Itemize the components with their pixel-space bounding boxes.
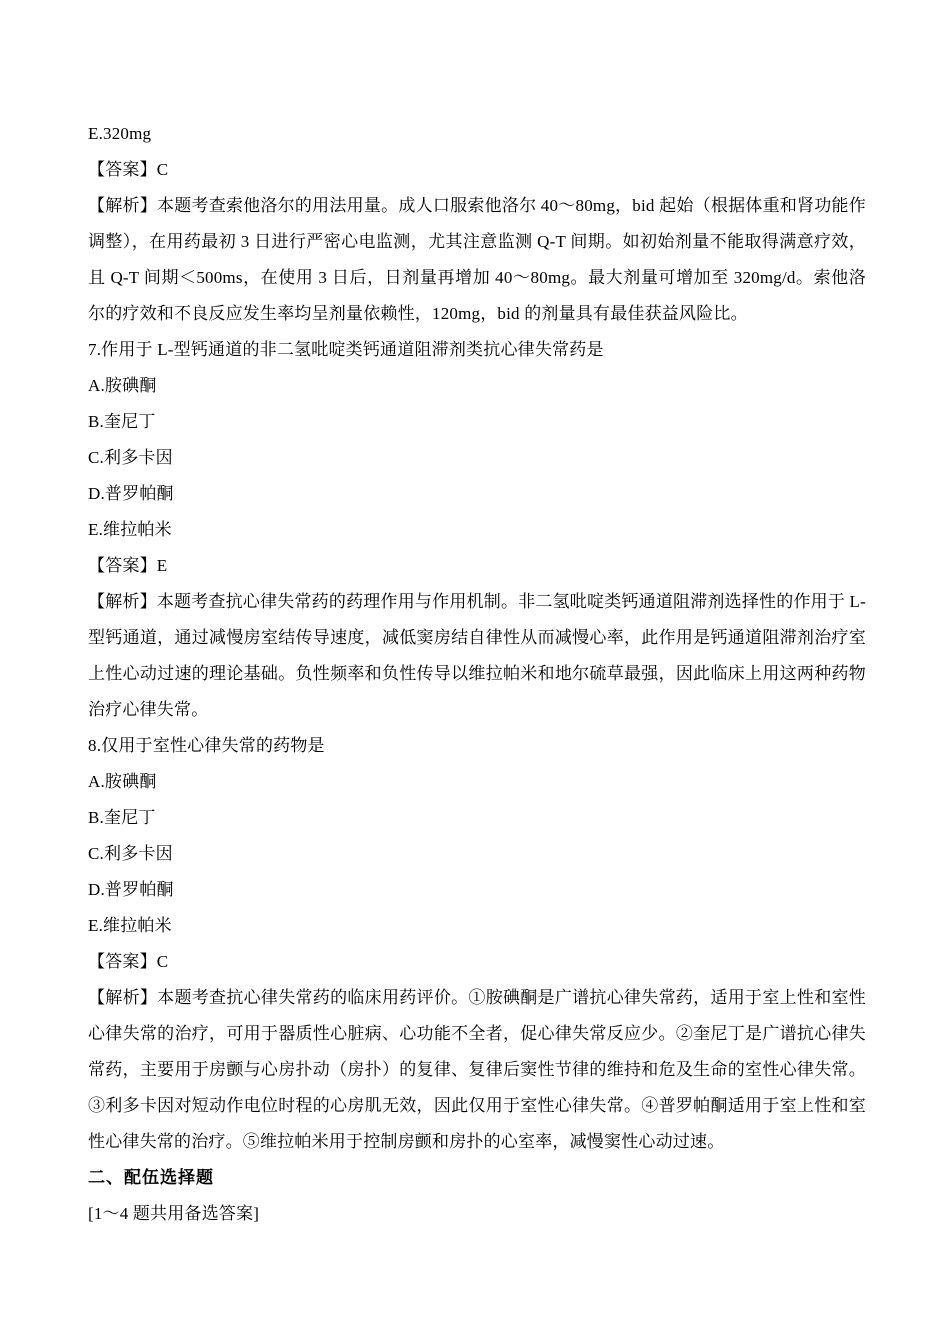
question-8-option-d: D.普罗帕酮: [88, 872, 866, 908]
question-8-option-e: E.维拉帕米: [88, 908, 866, 944]
analysis-q7: 【解析】本题考查抗心律失常药的药理作用与作用机制。非二氢吡啶类钙通道阻滞剂选择性…: [88, 584, 866, 728]
answer-q8: 【答案】C: [88, 944, 866, 980]
option-e-q6: E.320mg: [88, 116, 866, 152]
question-7-stem: 7.作用于 L-型钙通道的非二氢吡啶类钙通道阻滞剂类抗心律失常药是: [88, 332, 866, 368]
document-page: E.320mg【答案】C【解析】本题考查索他洛尔的用法用量。成人口服索他洛尔 4…: [0, 0, 950, 1344]
question-8-option-c: C.利多卡因: [88, 836, 866, 872]
question-8-option-a: A.胺碘酮: [88, 764, 866, 800]
question-7-option-e: E.维拉帕米: [88, 512, 866, 548]
question-7-option-a: A.胺碘酮: [88, 368, 866, 404]
question-7-option-b: B.奎尼丁: [88, 404, 866, 440]
question-8-option-b: B.奎尼丁: [88, 800, 866, 836]
analysis-q6: 【解析】本题考查索他洛尔的用法用量。成人口服索他洛尔 40～80mg，bid 起…: [88, 188, 866, 332]
section-header-matching-questions: 二、配伍选择题: [88, 1160, 866, 1196]
question-8-stem: 8.仅用于室性心律失常的药物是: [88, 728, 866, 764]
shared-answers-note-q1-4: [1～4 题共用备选答案]: [88, 1196, 866, 1232]
answer-q6: 【答案】C: [88, 152, 866, 188]
question-7-option-c: C.利多卡因: [88, 440, 866, 476]
answer-q7: 【答案】E: [88, 548, 866, 584]
question-7-option-d: D.普罗帕酮: [88, 476, 866, 512]
document-content: E.320mg【答案】C【解析】本题考查索他洛尔的用法用量。成人口服索他洛尔 4…: [88, 116, 866, 1232]
analysis-q8: 【解析】本题考查抗心律失常药的临床用药评价。①胺碘酮是广谱抗心律失常药，适用于室…: [88, 980, 866, 1160]
